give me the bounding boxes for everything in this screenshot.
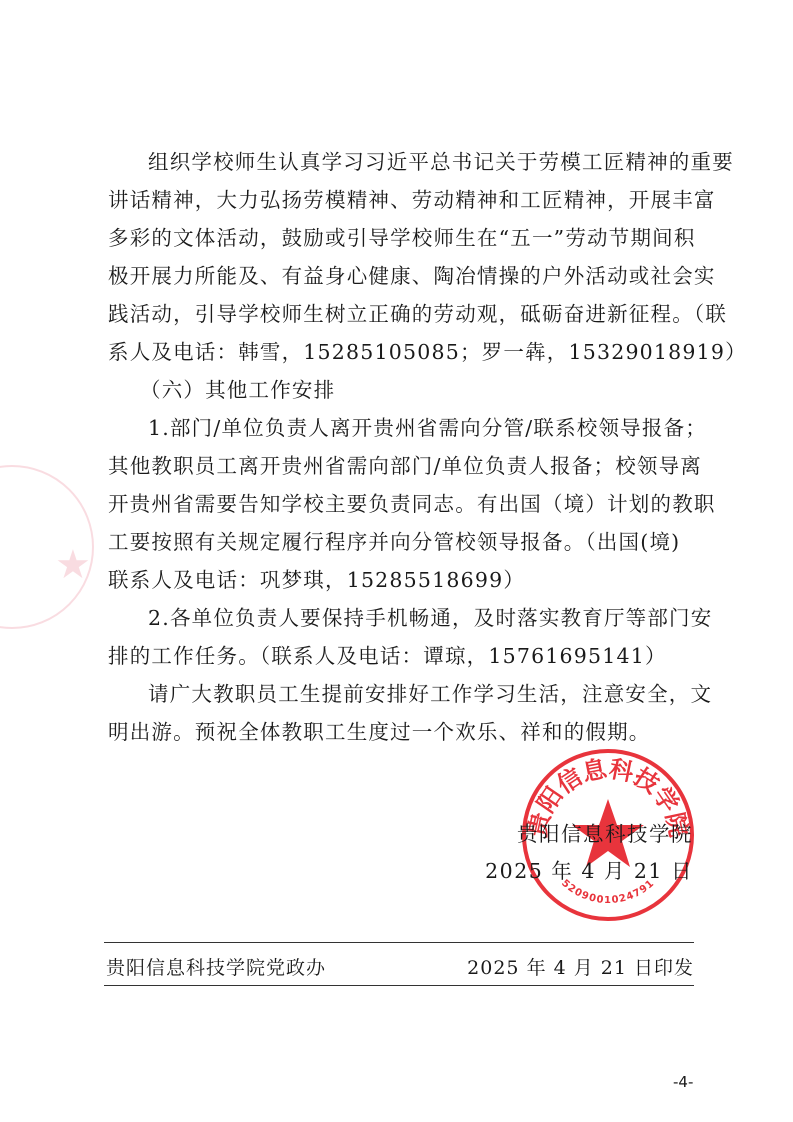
section-heading: （六）其他工作安排 <box>140 376 725 404</box>
footer-bottom-rule <box>104 985 694 986</box>
item-1-line: 工要按照有关规定履行程序并向分管校领导报备。（出国(境) <box>108 528 693 556</box>
footer-top-rule <box>104 942 694 943</box>
item-2-line: 排的工作任务。（联系人及电话：谭琼，15761695141） <box>108 642 693 670</box>
seam-stamp-star-icon: ★ <box>55 545 91 585</box>
item-1-line: 其他教职员工离开贵州省需向部门/单位负责人报备；校领导离 <box>108 452 693 480</box>
page-number: -4- <box>673 1073 693 1091</box>
paragraph-line: 极开展力所能及、有益身心健康、陶冶情操的户外活动或社会实 <box>108 262 693 290</box>
footer-issuer: 贵阳信息科技学院党政办 <box>106 955 326 981</box>
paragraph-line: 系人及电话：韩雪，15285105085；罗一犇，15329018919） <box>108 338 693 366</box>
paragraph-line: 组织学校师生认真学习习近平总书记关于劳模工匠精神的重要 <box>148 148 693 176</box>
paragraph-line: 践活动，引导学校师生树立正确的劳动观，砥砺奋进新征程。（联 <box>108 300 693 328</box>
item-1-line: 1.部门/单位负责人离开贵州省需向分管/联系校领导报备； <box>148 414 693 442</box>
paragraph-line: 讲话精神，大力弘扬劳模精神、劳动精神和工匠精神，开展丰富 <box>108 186 693 214</box>
signature-date: 2025 年 4 月 21 日 <box>485 857 693 885</box>
item-2-line: 2.各单位负责人要保持手机畅通，及时落实教育厅等部门安 <box>148 604 693 632</box>
paragraph-line: 多彩的文体活动，鼓励或引导学校师生在“五一”劳动节期间积 <box>108 224 693 252</box>
footer-issue-date: 2025 年 4 月 21 日印发 <box>467 955 694 981</box>
closing-line: 明出游。预祝全体教职工生度过一个欢乐、祥和的假期。 <box>108 718 693 746</box>
document-page: ★ 组织学校师生认真学习习近平总书记关于劳模工匠精神的重要 讲话精神，大力弘扬劳… <box>0 0 793 1122</box>
closing-line: 请广大教职员工生提前安排好工作学习生活，注意安全，文 <box>148 680 693 708</box>
item-1-line: 联系人及电话：巩梦琪，15285518699） <box>108 566 693 594</box>
signature-organization: 贵阳信息科技学院 <box>517 820 693 848</box>
item-1-line: 开贵州省需要告知学校主要负责同志。有出国（境）计划的教职 <box>108 490 693 518</box>
